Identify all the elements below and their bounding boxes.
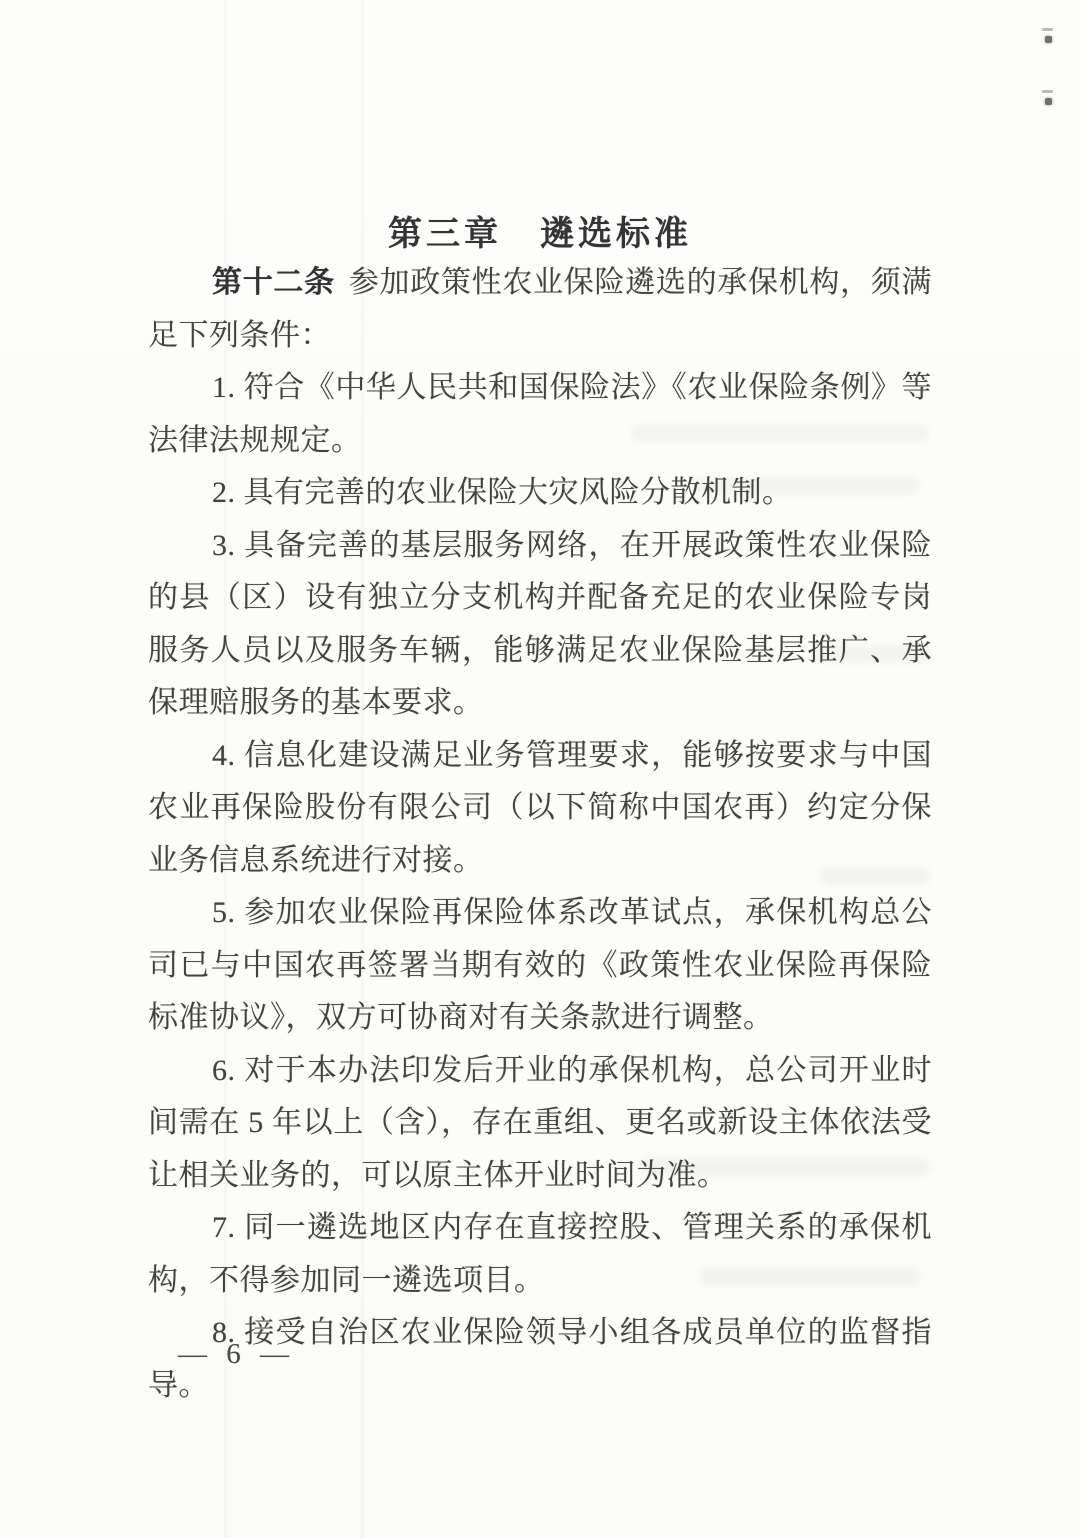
list-item-2: 2. 具有完善的农业保险大灾风险分散机制。: [148, 467, 932, 520]
paragraph-article-12: 第十二条参加政策性农业保险遴选的承保机构，须满足下列条件：: [148, 257, 932, 362]
punch-dot-mark: [1045, 36, 1052, 43]
list-item-6: 6. 对于本办法印发后开业的承保机构，总公司开业时间需在 5 年以上（含），存在…: [148, 1045, 932, 1203]
article-number: 第十二条: [212, 266, 335, 299]
punch-dot-mark: [1045, 98, 1052, 105]
punch-hole-mark: [1040, 28, 1060, 50]
list-item-3: 3. 具备完善的基层服务网络，在开展政策性农业保险的县（区）设有独立分支机构并配…: [148, 520, 932, 730]
punch-hole-mark: [1040, 90, 1060, 112]
list-item-5: 5. 参加农业保险再保险体系改革试点，承保机构总公司已与中国农再签署当期有效的《…: [148, 887, 932, 1045]
list-item-4: 4. 信息化建设满足业务管理要求，能够按要求与中国农业再保险股份有限公司（以下简…: [148, 730, 932, 888]
chapter-title: 第三章 遴选标准: [148, 206, 932, 255]
list-item-7: 7. 同一遴选地区内存在直接控股、管理关系的承保机构，不得参加同一遴选项目。: [148, 1202, 932, 1307]
list-item-1: 1. 符合《中华人民共和国保险法》《农业保险条例》等法律法规规定。: [148, 362, 932, 467]
punch-dash-mark: [1042, 90, 1053, 93]
scanned-document-page: 第三章 遴选标准 第十二条参加政策性农业保险遴选的承保机构，须满足下列条件： 1…: [0, 0, 1080, 1538]
punch-dash-mark: [1042, 28, 1053, 31]
document-body: 第十二条参加政策性农业保险遴选的承保机构，须满足下列条件： 1. 符合《中华人民…: [148, 257, 932, 1412]
page-number: — 6 —: [178, 1338, 295, 1371]
